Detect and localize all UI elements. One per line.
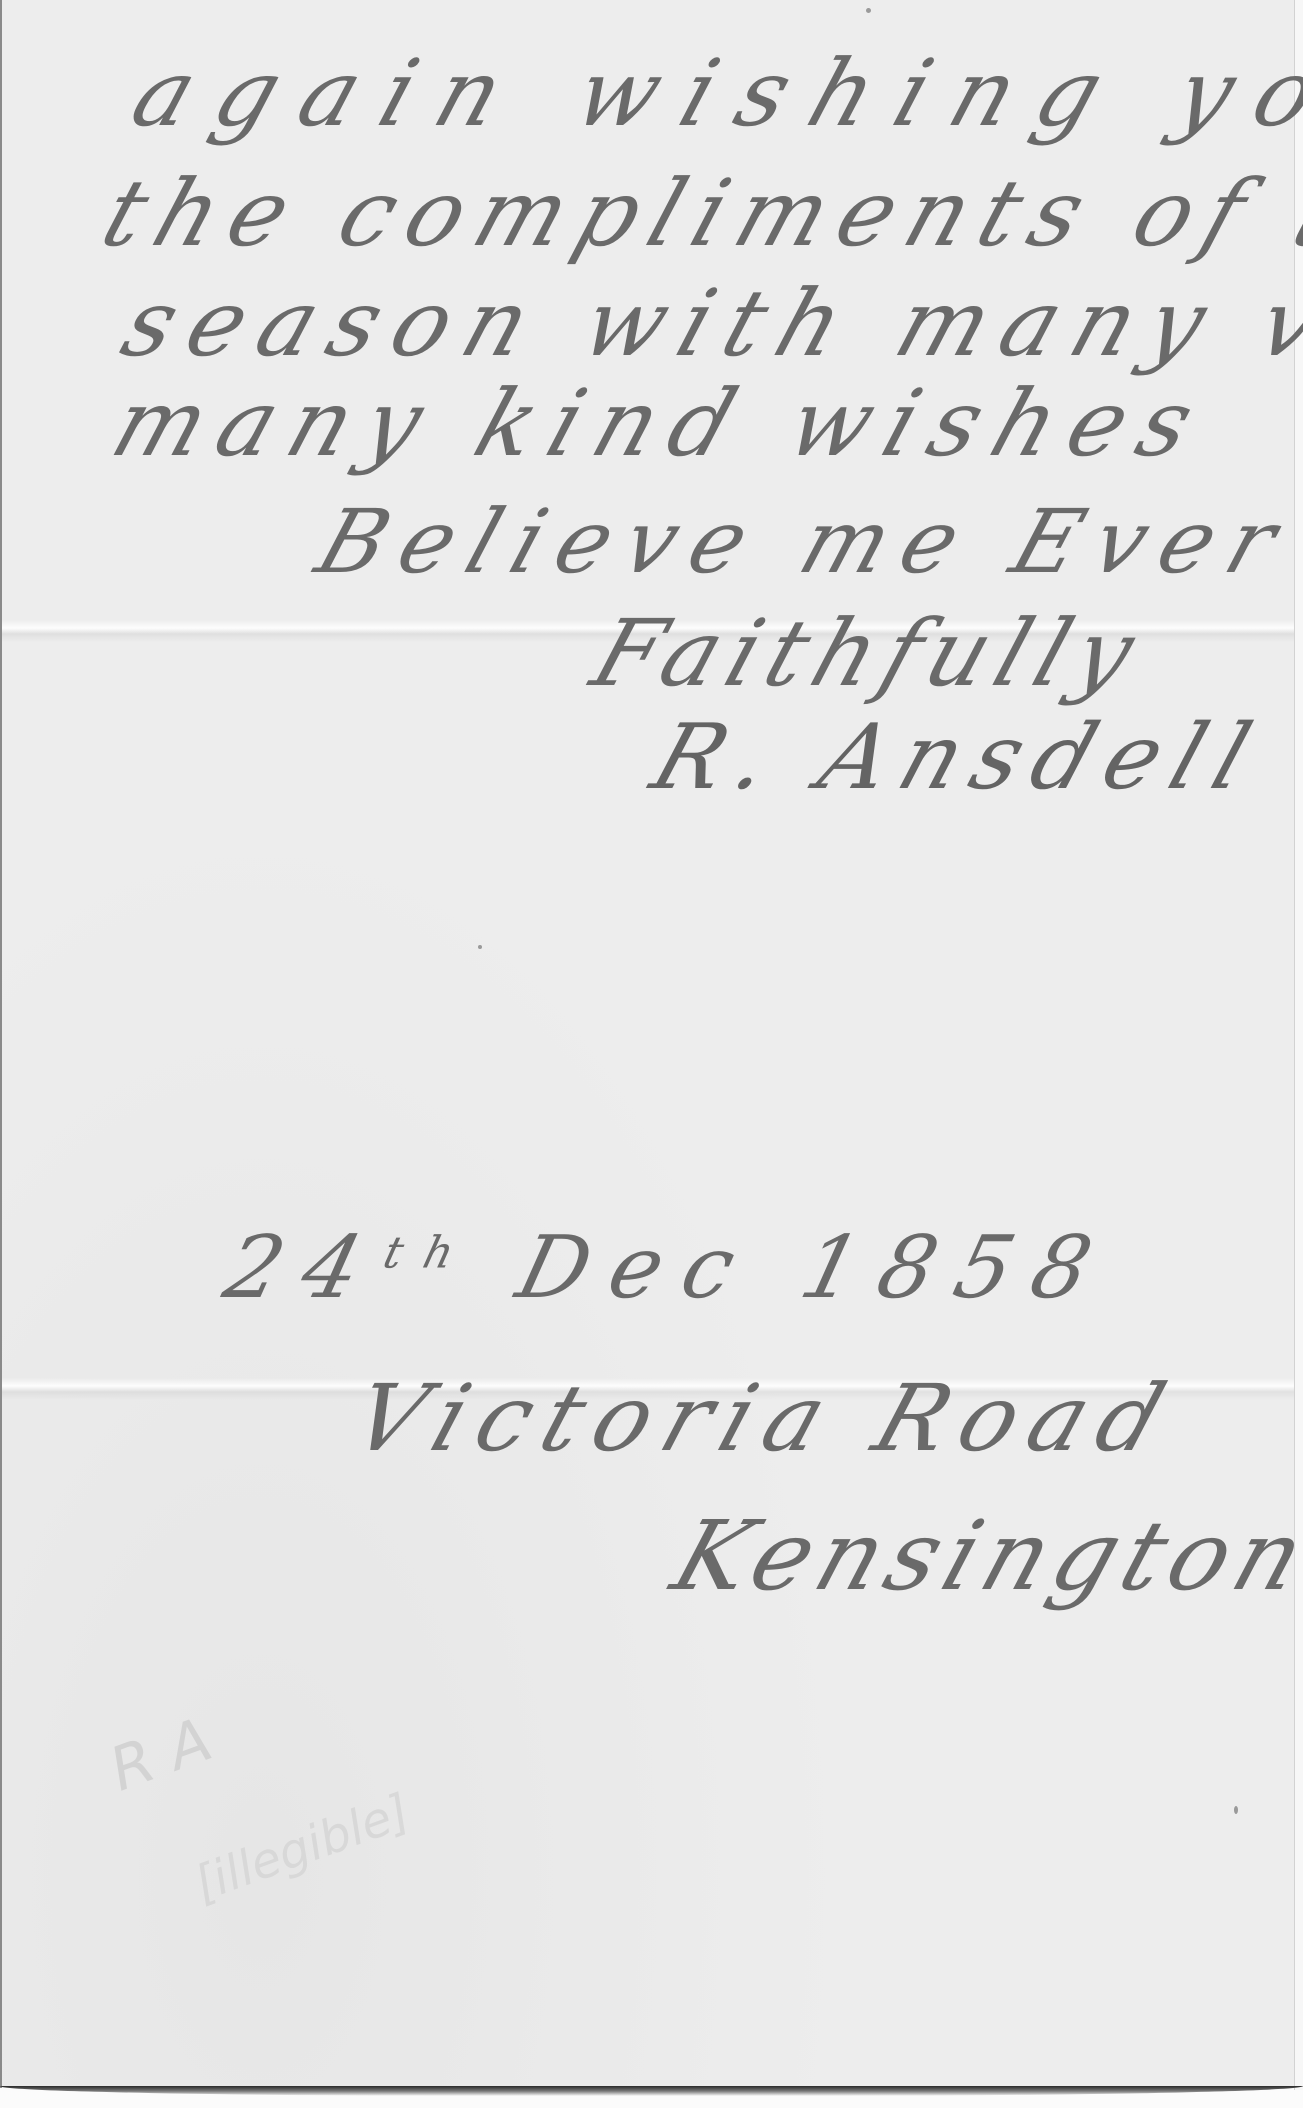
closing-line: Believe me Ever [305,490,1303,593]
date-day: 24 [215,1218,393,1318]
paper-speck [866,8,871,13]
paper-speck [478,945,482,949]
date-month-year: Dec 1858 [508,1218,1123,1318]
address-district: Kensington [660,1500,1303,1612]
body-line-3: season with many very [110,270,1303,377]
paper-speck [1234,1806,1238,1814]
signature: R. Ansdell [640,705,1277,810]
date-day-suffix: th [378,1227,481,1278]
dateline: 24th Dec 1858 [215,1218,1123,1318]
scan-bottom-shadow [0,2086,1303,2096]
body-line-2: the compliments of the [90,160,1303,267]
body-line-1: again wishing you [120,40,1303,147]
closing-faithfully: Faithfully [580,600,1157,707]
body-line-4: many kind wishes [100,370,1222,477]
address-street: Victoria Road [340,1365,1191,1472]
